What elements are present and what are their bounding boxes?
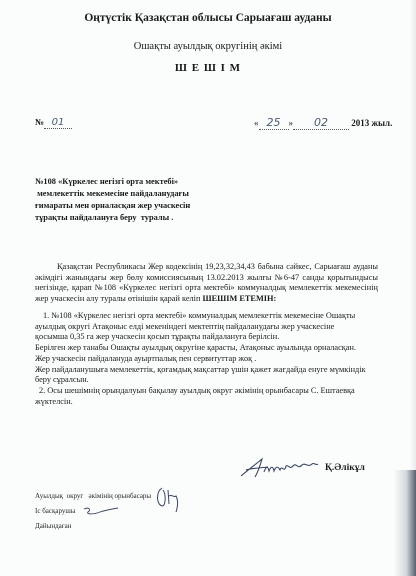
clause-2-line: 2. Осы шешімнің орындалуын бақылау ауылд… (35, 386, 378, 397)
region-heading: Оңтүстік Қазақстан облысы Сарыағаш аудан… (0, 12, 416, 24)
footer-deputy: Ауылдық округ әкімінің орынбасары (35, 492, 151, 500)
number-label: № (35, 117, 44, 127)
clause-1-line: Берілген жер танабы Ошақты ауылдық округ… (35, 343, 378, 354)
clause-2-line: жүктелсін. (35, 397, 378, 408)
date-day: 25 (267, 116, 281, 129)
authority-heading: Ошақты ауылдық округінің әкімі (0, 41, 416, 52)
document-type-title: Ш Е Ш І М (0, 62, 416, 74)
signature-block: Қ.Әлікұл (238, 456, 398, 482)
decision-phrase: ШЕШІМ ЕТЕМІН: (202, 294, 276, 303)
office-head-signature-icon (80, 506, 120, 518)
subject-line: ғимараты мен орналасқан жер учаскесін (35, 200, 235, 212)
clause-1-line: 1. №108 «Күркелес негізгі орта мектебі» … (35, 311, 378, 322)
clause-1-line: Жер учаскесін пайдалануда ауыртпалық пен… (35, 354, 378, 365)
handwritten-signature-icon (238, 456, 323, 480)
clause-1-line: беру сұралсын. (35, 375, 378, 386)
signatory-name: Қ.Әлікұл (325, 463, 365, 473)
footer-prepared-by: Дайындаған (35, 522, 71, 530)
clauses-block: 1. №108 «Күркелес негізгі орта мектебі» … (35, 311, 378, 407)
subject-block: №108 «Күркелес негізгі орта мектебі» мем… (35, 176, 235, 224)
preamble-paragraph: Қазақстан Республикасы Жер кодексінің 19… (35, 262, 378, 305)
subject-line: №108 «Күркелес негізгі орта мектебі» (35, 176, 235, 188)
deputy-signature-icon (154, 484, 184, 514)
page-edge-shadow (394, 470, 416, 576)
clause-1-line: Жер пайдаланушыға мемлекеттік, қоғамдық … (35, 365, 378, 376)
subject-line: мемлекеттік мекемесіне пайдаланудағы (35, 188, 235, 200)
clause-1-line: ауылдық округі Атақоныс елді мекеніндегі… (35, 322, 378, 333)
subject-line: тұрақты пайдалануға беру туралы . (35, 212, 235, 224)
date-year: 2013 жыл. (351, 118, 392, 128)
footer-office-head: Іс басқарушы (35, 507, 75, 515)
number-value: 01 (52, 117, 65, 128)
document-date: «25»02 2013 жыл. (254, 116, 392, 130)
document-page: Оңтүстік Қазақстан облысы Сарыағаш аудан… (0, 0, 416, 576)
document-number: №01 (35, 117, 72, 129)
date-month: 02 (314, 116, 328, 129)
clause-1-line: қосымша 0,35 га жер учаскесін қосып тұра… (35, 332, 378, 343)
